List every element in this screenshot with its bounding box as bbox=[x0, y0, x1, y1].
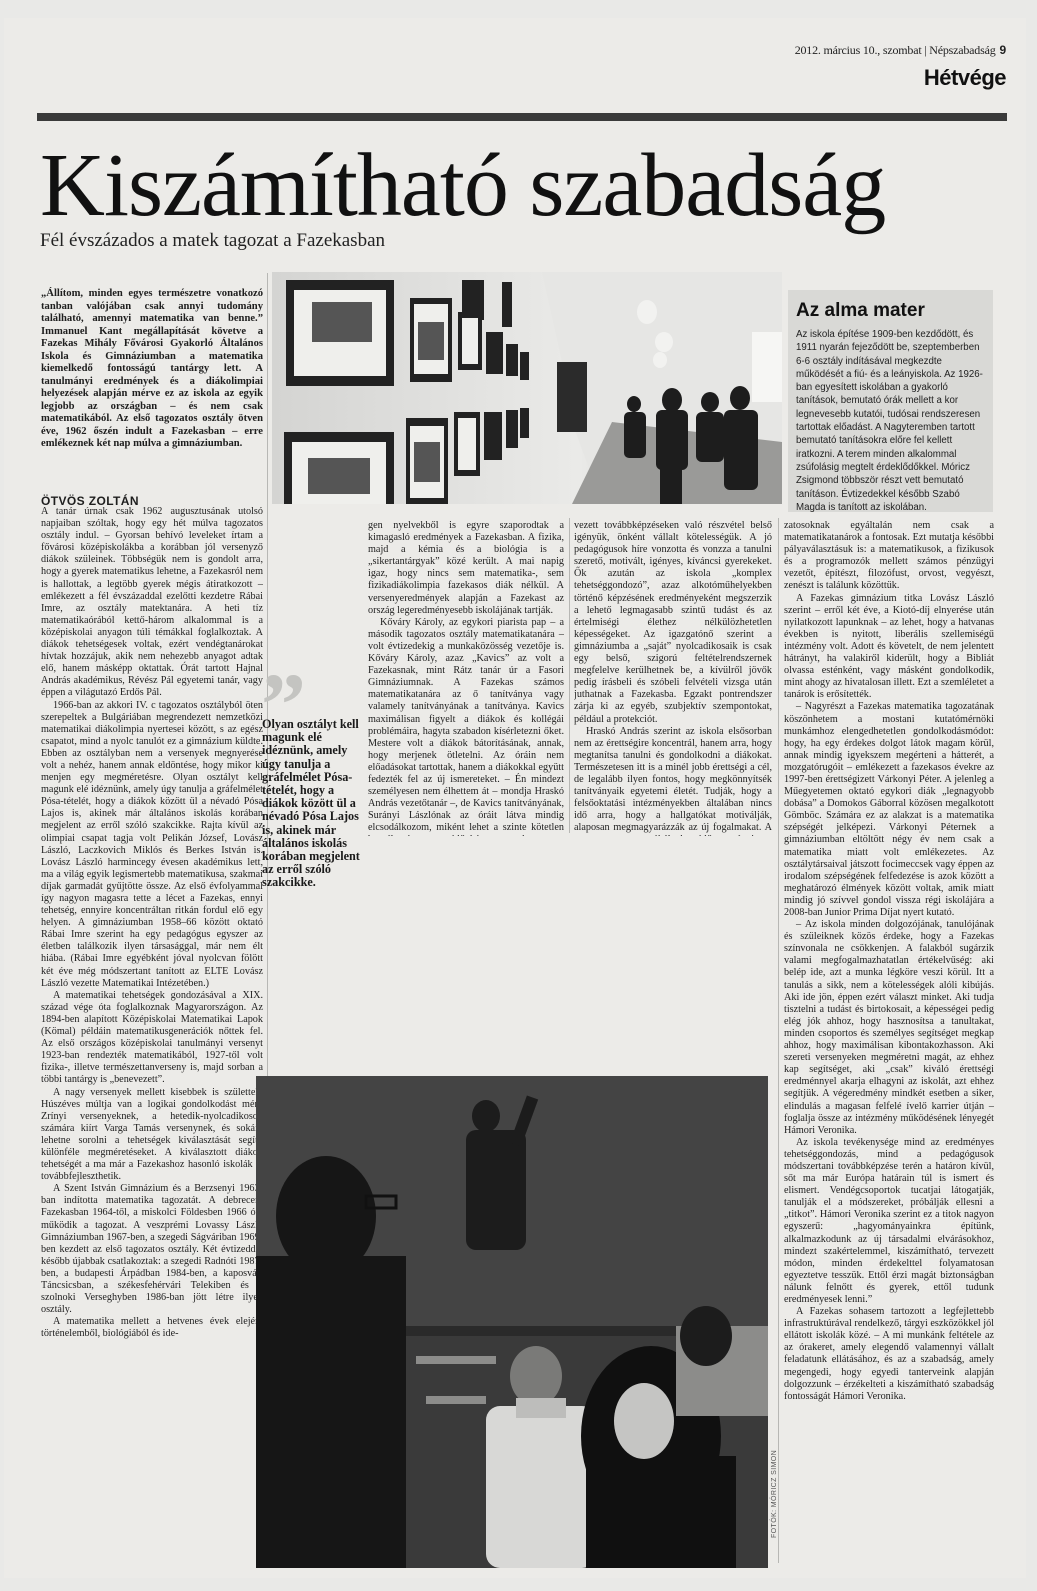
header-rule bbox=[37, 113, 1007, 121]
pull-quote: Olyan osztályt kell magunk elé idéznünk,… bbox=[262, 718, 362, 890]
classroom-photo-image bbox=[256, 1076, 768, 1568]
article-column-2: gen nyelvekből is egyre szaporodtak a ki… bbox=[368, 520, 564, 836]
paragraph: A Fazekas sohasem tartozott a legfejlett… bbox=[784, 1306, 994, 1403]
photo-credit: FOTÓK: MÓRICZ SIMON bbox=[771, 1450, 778, 1538]
section-label: Hétvége bbox=[924, 65, 1006, 91]
paragraph: Kőváry Károly, az egykori piarista pap –… bbox=[368, 617, 564, 836]
paragraph: – Nagyrészt a Fazekas matematika tagozat… bbox=[784, 701, 994, 919]
paragraph: A Szent István Gimnázium és a Berzsenyi … bbox=[41, 1183, 263, 1316]
paragraph: 1966-ban az akkori IV. c tagozatos osztá… bbox=[41, 700, 263, 990]
paragraph: A matematikai tehetségek gondozásával a … bbox=[41, 990, 263, 1087]
sidebar-body: Az iskola építése 1909-ben kezdődött, és… bbox=[796, 328, 985, 514]
photo-classroom bbox=[256, 1076, 768, 1568]
subhead: Fél évszázados a matek tagozat a Fazekas… bbox=[40, 230, 385, 252]
sidebar-title: Az alma mater bbox=[796, 300, 985, 322]
article-column-1: A tanár úrnak csak 1962 augusztusának ut… bbox=[41, 506, 263, 1568]
headline: Kiszámítható szabadság bbox=[40, 136, 1020, 236]
page-number: 9 bbox=[1000, 43, 1006, 57]
lead-paragraph: „Állítom, minden egyes természetre vonat… bbox=[41, 288, 263, 451]
article-column-4: zatosoknak egyáltalán nem csak a matemat… bbox=[784, 520, 994, 1570]
column-divider bbox=[778, 518, 779, 1563]
paragraph: zatosoknak egyáltalán nem csak a matemat… bbox=[784, 520, 994, 593]
paragraph: Az iskola tevékenysége mind az eredménye… bbox=[784, 1137, 994, 1306]
newspaper-page: 2012. március 10., szombat | Népszabadsá… bbox=[4, 18, 1026, 1578]
paragraph: Hraskó András szerint az iskola elsősorb… bbox=[574, 726, 772, 836]
paragraph: A matematika mellett a hetvenes évek ele… bbox=[41, 1316, 263, 1340]
article-column-3: vezett továbbképzéseken való részvétel b… bbox=[574, 520, 772, 836]
column-divider bbox=[569, 518, 570, 833]
paragraph: vezett továbbképzéseken való részvétel b… bbox=[574, 520, 772, 726]
dateline: 2012. március 10., szombat | Népszabadsá… bbox=[795, 43, 1006, 58]
photo-corridor bbox=[272, 272, 782, 504]
date-and-paper: 2012. március 10., szombat | Népszabadsá… bbox=[795, 43, 996, 57]
corridor-photo-image bbox=[272, 272, 782, 504]
paragraph: A Fazekas gimnázium titka Lovász László … bbox=[784, 593, 994, 702]
paragraph: – Az iskola minden dolgozójának, tanulój… bbox=[784, 919, 994, 1137]
paragraph: A tanár úrnak csak 1962 augusztusának ut… bbox=[41, 506, 263, 700]
sidebar-box: Az alma mater Az iskola építése 1909-ben… bbox=[788, 290, 993, 512]
paragraph: A nagy versenyek mellett kisebbek is szü… bbox=[41, 1087, 263, 1184]
paragraph: gen nyelvekből is egyre szaporodtak a ki… bbox=[368, 520, 564, 617]
